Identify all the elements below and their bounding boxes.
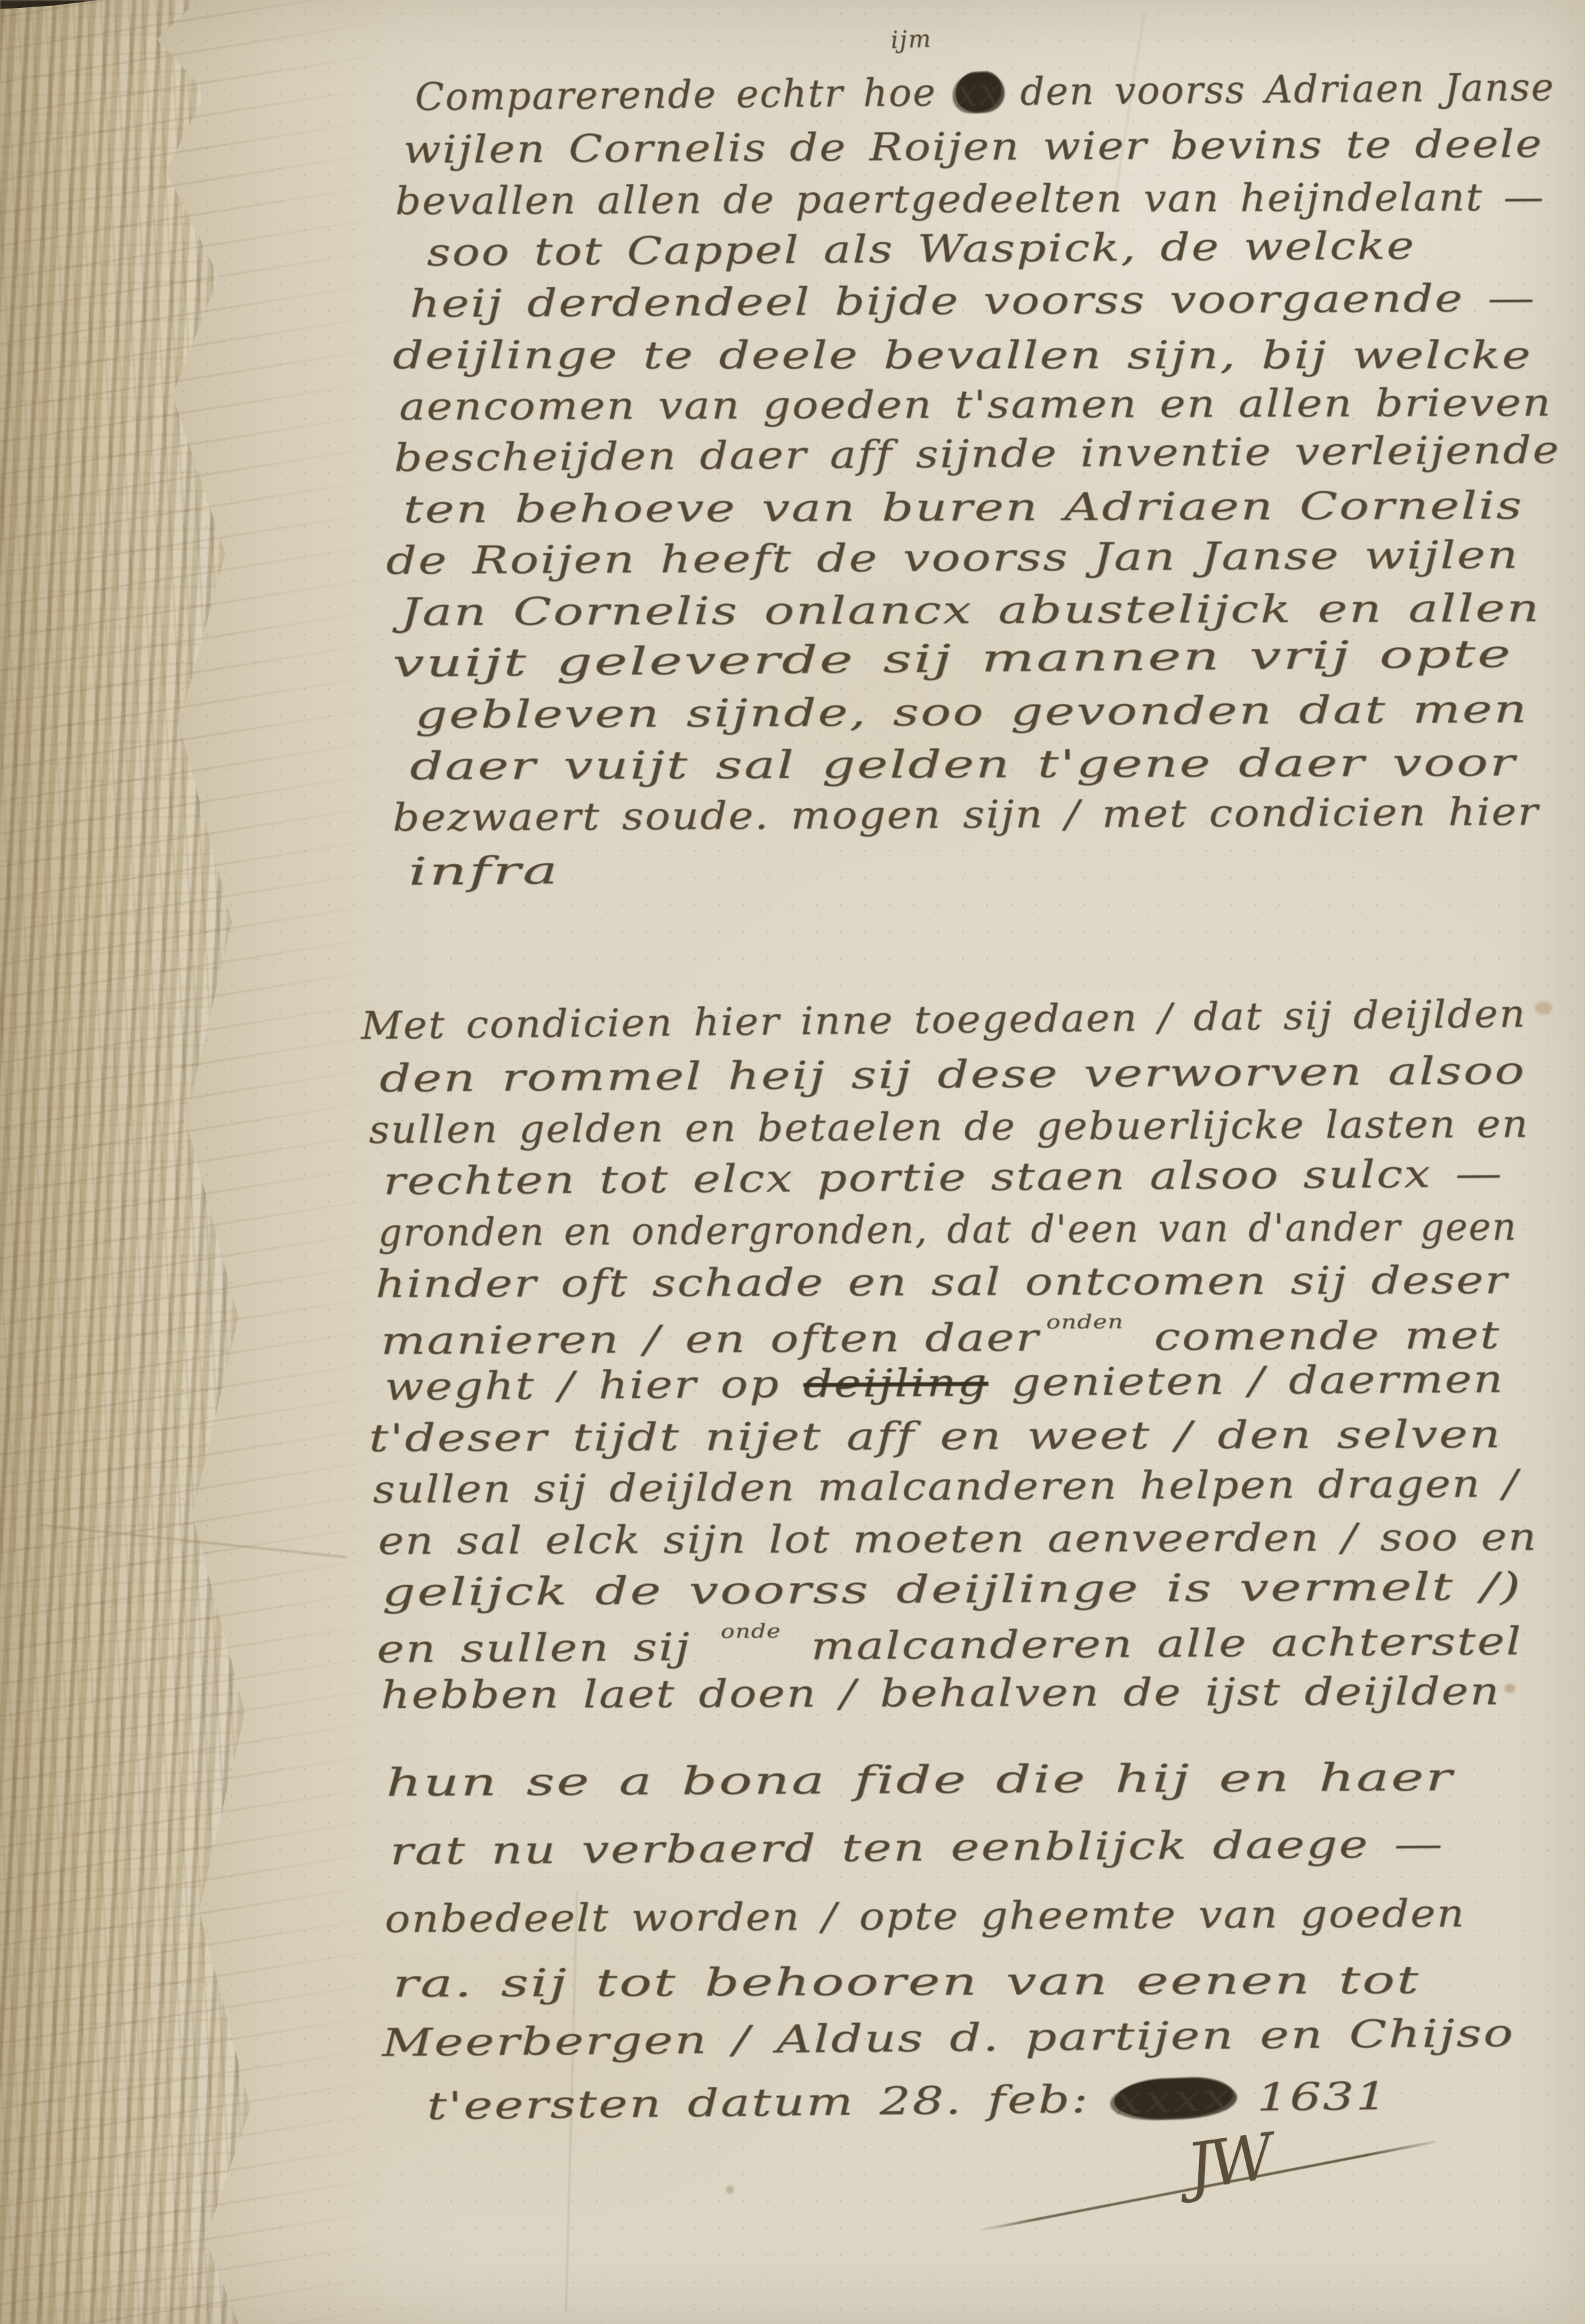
handwritten-text: de Roijen heeft de voorss Jan Janse wijl… <box>386 532 1520 583</box>
handwritten-text: gebleven sijnde, soo gevonden dat men <box>415 686 1528 737</box>
manuscript-line: rechten tot elcx portie staen alsoo sulc… <box>383 1154 1503 1200</box>
handwritten-text: infra <box>408 848 560 894</box>
manuscript-line: wijlen Cornelis de Roijen wier bevins te… <box>403 124 1543 169</box>
manuscript-line: vuijt geleverde sij mannen vrij opte <box>393 634 1513 682</box>
manuscript-line: gronden en ondergronden, dat d'een van d… <box>378 1207 1518 1252</box>
manuscript-line: rat nu verbaerd ten eenblijck daege — <box>390 1825 1445 1870</box>
handwritten-text: ijm <box>890 26 932 54</box>
interlinear-insertion: onden <box>1046 1310 1124 1333</box>
manuscript-line: ra. sij tot behooren van eenen tot <box>393 1961 1420 2003</box>
manuscript-line: sullen sij deijlden malcanderen helpen d… <box>373 1464 1519 1508</box>
handwritten-text: hinder oft schade en sal ontcomen sij de… <box>375 1258 1509 1306</box>
manuscript-line: Meerbergen / Aldus d. partijen en Chijso <box>382 2014 1515 2062</box>
handwritten-text: gelijck de voorss deijlinge is vermelt /… <box>382 1564 1522 1615</box>
manuscript-page: ijmComparerende echtr hoe xx den voorss … <box>0 0 1585 2324</box>
handwritten-text: soo tot Cappel als Waspick, de welcke <box>427 223 1416 275</box>
handwritten-text: en sal elck sijn lot moeten aenveerden /… <box>378 1514 1538 1563</box>
struck-through-word: deijling <box>803 1360 988 1406</box>
manuscript-line: de Roijen heeft de voorss Jan Janse wijl… <box>386 536 1519 580</box>
handwritten-text: ra. sij tot behooren van eenen tot <box>393 1958 1420 2006</box>
handwritten-text: aencomen van goeden t'samen en allen bri… <box>399 380 1552 429</box>
manuscript-line: weght / hier op deijling genieten / daer… <box>385 1360 1505 1406</box>
handwritten-text: hun se a bona fide die hij en haer <box>386 1755 1454 1805</box>
manuscript-line: bevallen allen de paertgedeelten van hei… <box>395 178 1545 220</box>
notary-paraph: JW <box>1182 2120 1275 2204</box>
manuscript-line: sullen gelden en betaelen de gebuerlijck… <box>369 1105 1529 1149</box>
handwritten-text: den voorss Adriaen Janse <box>1001 65 1555 114</box>
manuscript-line: Comparerende echtr hoe xx den voorss Adr… <box>415 68 1555 116</box>
ink-blot: xx <box>955 72 1001 112</box>
manuscript-line: hebben laet doen / behalven de ijst deij… <box>381 1672 1501 1714</box>
manuscript-line: t'deser tijdt nijet aff en weet / den se… <box>369 1415 1502 1457</box>
manuscript-line: bescheijden daer aff sijnde inventie ver… <box>394 431 1561 477</box>
handwritten-text: den rommel heij sij dese verworven alsoo <box>379 1048 1526 1101</box>
handwritten-text: vuijt geleverde sij mannen vrij opte <box>393 631 1513 686</box>
manuscript-line: ijm <box>890 28 932 53</box>
handwritten-text: comende met <box>1130 1312 1501 1359</box>
handwritten-text: rat nu verbaerd ten eenblijck daege — <box>390 1821 1445 1873</box>
handwritten-text: daer vuijt sal gelden t'gene daer voor <box>410 740 1516 788</box>
handwritten-text: sullen gelden en betaelen de gebuerlijck… <box>369 1101 1529 1152</box>
manuscript-line: gelijck de voorss deijlinge is vermelt /… <box>382 1567 1522 1611</box>
handwritten-text: Comparerende echtr hoe <box>415 70 956 119</box>
manuscript-line: aencomen van goeden t'samen en allen bri… <box>399 383 1552 426</box>
handwritten-text: t'eersten datum 28. feb: <box>427 2076 1115 2128</box>
handwritten-text: weght / hier op <box>385 1362 804 1409</box>
manuscript-line: gebleven sijnde, soo gevonden dat men <box>415 690 1528 734</box>
handwritten-text: bevallen allen de paertgedeelten van hei… <box>395 175 1545 223</box>
manuscript-line: den rommel heij sij dese verworven alsoo <box>379 1051 1526 1097</box>
manuscript-line: hinder oft schade en sal ontcomen sij de… <box>375 1261 1509 1303</box>
handwritten-text: t'deser tijdt nijet aff en weet / den se… <box>369 1412 1502 1460</box>
handwritten-text: 1631 <box>1232 2074 1389 2120</box>
manuscript-line: onbedeelt worden / opte gheemte van goed… <box>385 1894 1466 1938</box>
manuscript-text-block: ijmComparerende echtr hoe xx den voorss … <box>0 0 1585 2324</box>
handwritten-text: ten behoeve van buren Adriaen Cornelis <box>403 483 1524 532</box>
interlinear-insertion: onde <box>721 1620 781 1643</box>
handwritten-text: hebben laet doen / behalven de ijst deij… <box>381 1669 1501 1717</box>
handwritten-text: rechten tot elcx portie staen alsoo sulc… <box>383 1151 1503 1203</box>
manuscript-line: Met condicien hier inne toegedaen / dat … <box>361 994 1526 1045</box>
handwritten-text: manieren / en often daer <box>381 1315 1040 1363</box>
handwritten-text: genieten / daermen <box>988 1356 1505 1404</box>
ink-blot: xxxx <box>1113 2077 1233 2120</box>
handwritten-text: deijlinge te deele bevallen sijn, bij we… <box>393 333 1532 377</box>
manuscript-line: en sullen sij onde malcanderen alle acht… <box>377 1617 1522 1668</box>
manuscript-line: daer vuijt sal gelden t'gene daer voor <box>410 743 1516 785</box>
manuscript-line: bezwaert soude. mogen sijn / met condici… <box>393 792 1540 837</box>
handwritten-text: gronden en ondergronden, dat d'een van d… <box>378 1204 1518 1255</box>
manuscript-line: Jan Cornelis onlancx abustelijck en alle… <box>401 589 1541 631</box>
handwritten-text: heij derdendeel bijde voorss voorgaende … <box>410 275 1536 326</box>
handwritten-text: en sullen sij <box>377 1624 715 1672</box>
handwritten-text: wijlen Cornelis de Roijen wier bevins te… <box>403 121 1543 172</box>
manuscript-line: heij derdendeel bijde voorss voorgaende … <box>410 279 1536 323</box>
handwritten-text: Meerbergen / Aldus d. partijen en Chijso <box>382 2010 1515 2065</box>
handwritten-text: Met condicien hier inne toegedaen / dat … <box>361 991 1527 1048</box>
manuscript-line: en sal elck sijn lot moeten aenveerden /… <box>378 1518 1538 1560</box>
handwritten-text: Jan Cornelis onlancx abustelijck en alle… <box>401 586 1541 634</box>
manuscript-line: deijlinge te deele bevallen sijn, bij we… <box>393 336 1532 374</box>
manuscript-line: ten behoeve van buren Adriaen Cornelis <box>403 486 1524 528</box>
manuscript-line: manieren / en often daeronden comende me… <box>381 1310 1501 1360</box>
manuscript-line: infra <box>408 851 560 891</box>
manuscript-line: t'eersten datum 28. feb: xxxx 1631 <box>427 2077 1389 2125</box>
handwritten-text: onbedeelt worden / opte gheemte van goed… <box>385 1891 1466 1941</box>
manuscript-line: soo tot Cappel als Waspick, de welcke <box>427 227 1416 271</box>
handwritten-text: malcanderen alle achterstel <box>787 1618 1522 1669</box>
handwritten-text: sullen sij deijlden malcanderen helpen d… <box>373 1461 1519 1512</box>
manuscript-line: hun se a bona fide die hij en haer <box>386 1758 1454 1802</box>
handwritten-text: bezwaert soude. mogen sijn / met condici… <box>393 789 1540 840</box>
handwritten-text: bescheijden daer aff sijnde inventie ver… <box>394 428 1561 480</box>
